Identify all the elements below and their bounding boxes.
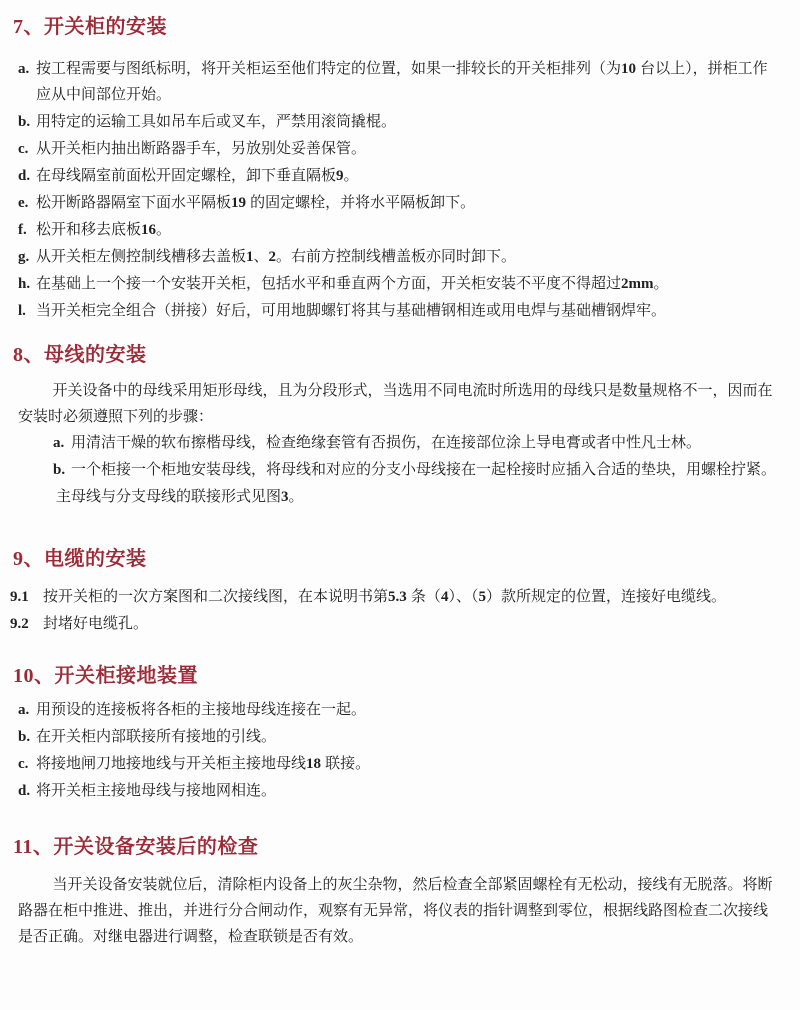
item-label: h. (18, 271, 36, 297)
item-label: 9.1 (10, 584, 43, 610)
section-title: 11、开关设备安装后的检查 (13, 834, 780, 860)
item-text: 在基础上一个接一个安装开关柜，包括水平和垂直两个方面，开关柜安装不平度不得超过2… (36, 271, 780, 297)
section-title: 8、母线的安装 (13, 342, 780, 368)
section-title: 9、电缆的安装 (13, 546, 780, 572)
section-footnote: 主母线与分支母线的联接形式见图3。 (56, 484, 780, 510)
section-paragraph: 当开关设备安装就位后，清除柜内设备上的灰尘杂物，然后检查全部紧固螺栓有无松动，接… (18, 872, 780, 950)
section-busbar-installation: 8、母线的安装 开关设备中的母线采用矩形母线，且为分段形式，当选用不同电流时所选… (18, 342, 780, 510)
section-post-installation-inspection: 11、开关设备安装后的检查 当开关设备安装就位后，清除柜内设备上的灰尘杂物，然后… (18, 834, 780, 950)
list-item: a. 用清洁干燥的软布擦楷母线，检查绝缘套管有否损伤，在连接部位涂上导电膏或者中… (53, 430, 780, 456)
item-label: d. (18, 163, 36, 189)
item-text: 从开关柜左侧控制线槽移去盖板1、2。右前方控制线槽盖板亦同时卸下。 (36, 244, 780, 270)
item-text: 用预设的连接板将各柜的主接地母线连接在一起。 (36, 697, 780, 723)
list-item: b. 用特定的运输工具如吊车后或叉车，严禁用滚筒撬棍。 (18, 109, 780, 135)
list-item: e. 松开断路器隔室下面水平隔板19 的固定螺栓，并将水平隔板卸下。 (18, 190, 780, 216)
list-item: a. 按工程需要与图纸标明，将开关柜运至他们特定的位置，如果一排较长的开关柜排列… (18, 56, 780, 108)
item-text: 用清洁干燥的软布擦楷母线，检查绝缘套管有否损伤，在连接部位涂上导电膏或者中性凡士… (71, 430, 780, 456)
list-item: a. 用预设的连接板将各柜的主接地母线连接在一起。 (18, 697, 780, 723)
section-paragraph: 开关设备中的母线采用矩形母线，且为分段形式，当选用不同电流时所选用的母线只是数量… (18, 378, 780, 430)
list-item: 9.2 封堵好电缆孔。 (10, 611, 780, 637)
item-text: 封堵好电缆孔。 (43, 611, 780, 637)
item-label: c. (18, 136, 36, 162)
item-label: a. (18, 697, 36, 723)
section-grounding-device: 10、开关柜接地装置 a. 用预设的连接板将各柜的主接地母线连接在一起。 b. … (18, 663, 780, 804)
list-item: f. 松开和移去底板16。 (18, 217, 780, 243)
item-label: g. (18, 244, 36, 270)
item-text: 当开关柜完全组合（拼接）好后，可用地脚螺钉将其与基础槽钢相连或用电焊与基础槽钢焊… (36, 298, 780, 324)
item-label: b. (18, 109, 36, 135)
item-label: l. (18, 298, 36, 324)
item-label: a. (18, 56, 36, 108)
item-label: b. (53, 457, 71, 483)
section-switchgear-installation: 7、开关柜的安装 a. 按工程需要与图纸标明，将开关柜运至他们特定的位置，如果一… (18, 14, 780, 324)
list-item: b. 一个柜接一个柜地安装母线，将母线和对应的分支小母线接在一起栓接时应插入合适… (53, 457, 780, 483)
item-text: 按开关柜的一次方案图和二次接线图，在本说明书第5.3 条（4）、（5）款所规定的… (43, 584, 780, 610)
item-label: b. (18, 724, 36, 750)
item-text: 将开关柜主接地母线与接地网相连。 (36, 778, 780, 804)
list-item: 9.1 按开关柜的一次方案图和二次接线图，在本说明书第5.3 条（4）、（5）款… (10, 584, 780, 610)
item-text: 将接地闸刀地接地线与开关柜主接地母线18 联接。 (36, 751, 780, 777)
list-item: c. 将接地闸刀地接地线与开关柜主接地母线18 联接。 (18, 751, 780, 777)
list-item: c. 从开关柜内抽出断路器手车，另放别处妥善保管。 (18, 136, 780, 162)
item-text: 松开断路器隔室下面水平隔板19 的固定螺栓，并将水平隔板卸下。 (36, 190, 780, 216)
document-page: 7、开关柜的安装 a. 按工程需要与图纸标明，将开关柜运至他们特定的位置，如果一… (0, 0, 800, 950)
list-item: d. 将开关柜主接地母线与接地网相连。 (18, 778, 780, 804)
item-label: a. (53, 430, 71, 456)
list-item: b. 在开关柜内部联接所有接地的引线。 (18, 724, 780, 750)
item-text: 用特定的运输工具如吊车后或叉车，严禁用滚筒撬棍。 (36, 109, 780, 135)
item-text: 松开和移去底板16。 (36, 217, 780, 243)
item-text: 在开关柜内部联接所有接地的引线。 (36, 724, 780, 750)
item-label: f. (18, 217, 36, 243)
item-text: 按工程需要与图纸标明，将开关柜运至他们特定的位置，如果一排较长的开关柜排列（为1… (36, 56, 780, 108)
item-text: 从开关柜内抽出断路器手车，另放别处妥善保管。 (36, 136, 780, 162)
item-label: c. (18, 751, 36, 777)
section-title: 10、开关柜接地装置 (13, 663, 780, 689)
item-text: 一个柜接一个柜地安装母线，将母线和对应的分支小母线接在一起栓接时应插入合适的垫块… (71, 457, 780, 483)
list-item: h. 在基础上一个接一个安装开关柜，包括水平和垂直两个方面，开关柜安装不平度不得… (18, 271, 780, 297)
list-item: g. 从开关柜左侧控制线槽移去盖板1、2。右前方控制线槽盖板亦同时卸下。 (18, 244, 780, 270)
list-item: d. 在母线隔室前面松开固定螺栓，卸下垂直隔板9。 (18, 163, 780, 189)
item-label: d. (18, 778, 36, 804)
section-title: 7、开关柜的安装 (13, 14, 780, 40)
item-label: 9.2 (10, 611, 43, 637)
list-item: l. 当开关柜完全组合（拼接）好后，可用地脚螺钉将其与基础槽钢相连或用电焊与基础… (18, 298, 780, 324)
item-text: 在母线隔室前面松开固定螺栓，卸下垂直隔板9。 (36, 163, 780, 189)
item-label: e. (18, 190, 36, 216)
section-cable-installation: 9、电缆的安装 9.1 按开关柜的一次方案图和二次接线图，在本说明书第5.3 条… (18, 546, 780, 637)
